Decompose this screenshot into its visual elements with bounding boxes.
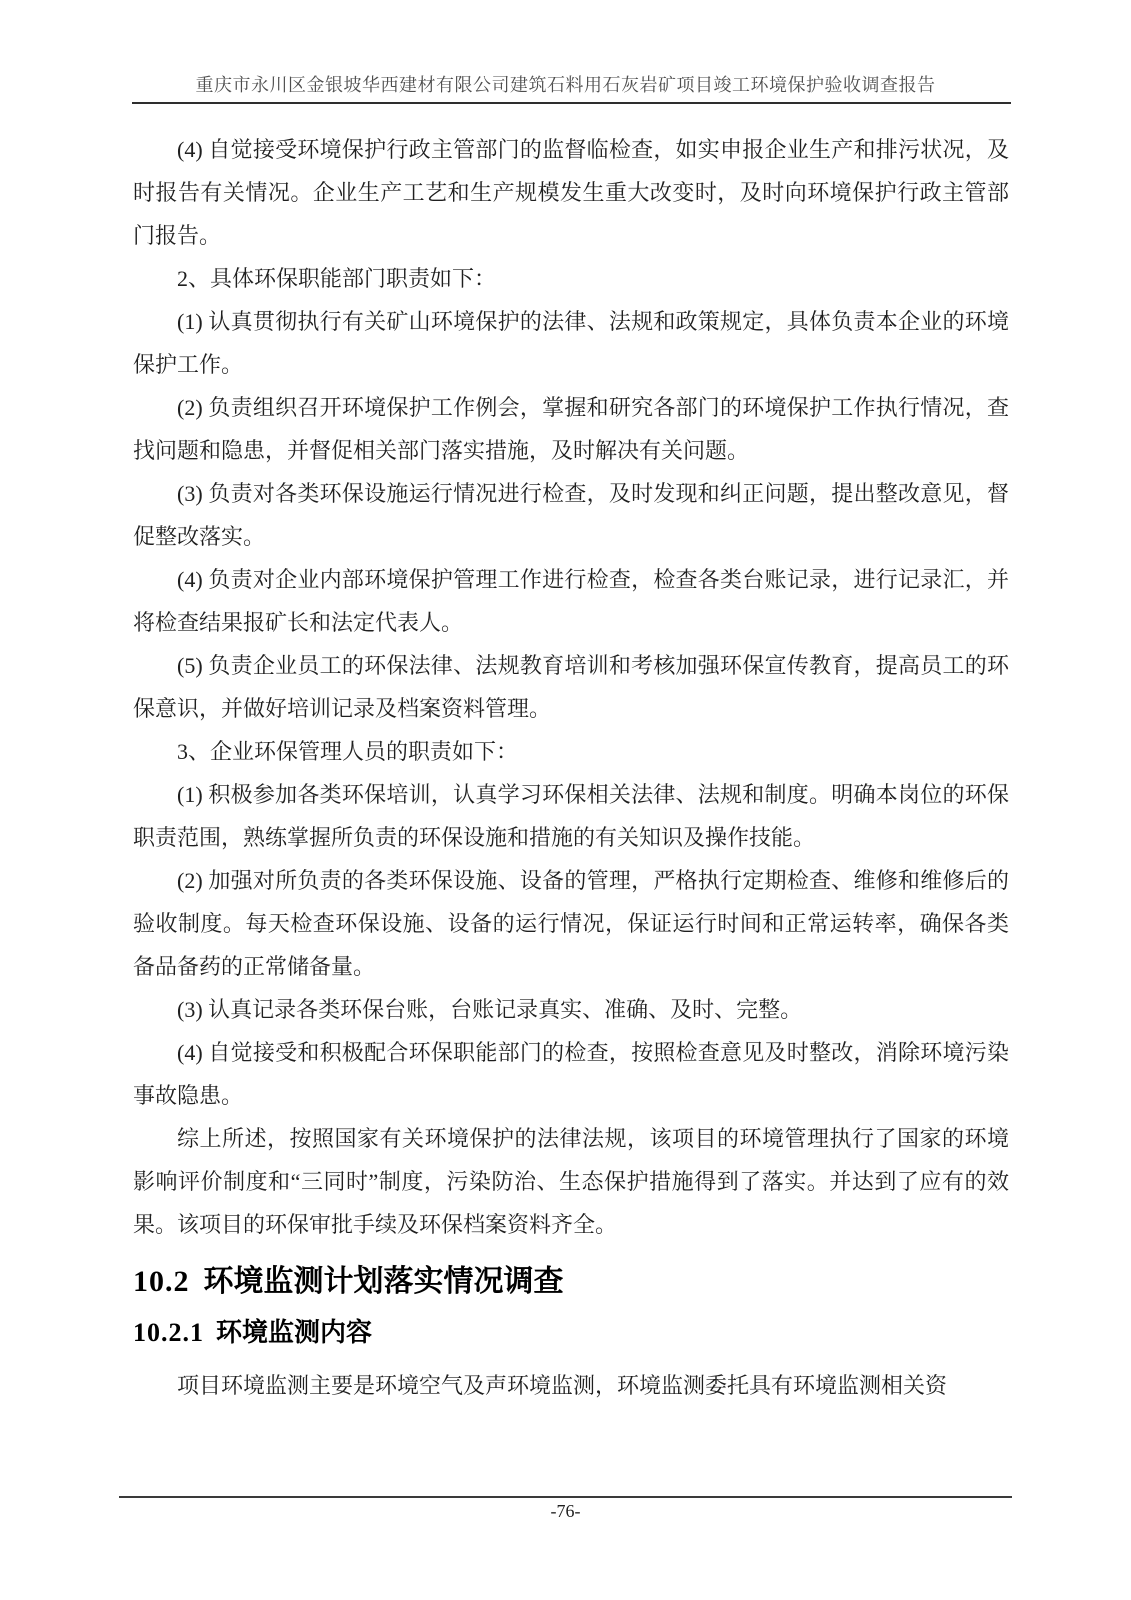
paragraph: (4) 负责对企业内部环境保护管理工作进行检查，检查各类台账记录，进行记录汇，并… bbox=[133, 558, 1009, 644]
paragraph: 项目环境监测主要是环境空气及声环境监测，环境监测委托具有环境监测相关资 bbox=[133, 1364, 1009, 1407]
paragraph: (4) 自觉接受和积极配合环保职能部门的检查，按照检查意见及时整改，消除环境污染… bbox=[133, 1031, 1009, 1117]
page-number: -76- bbox=[0, 1501, 1131, 1522]
section-heading-10-2: 10.2环境监测计划落实情况调查 bbox=[133, 1260, 1009, 1304]
subsection-number: 10.2.1 bbox=[133, 1318, 204, 1347]
section-title: 环境监测计划落实情况调查 bbox=[204, 1265, 564, 1298]
section-number: 10.2 bbox=[133, 1265, 190, 1298]
paragraph: 3、企业环保管理人员的职责如下： bbox=[133, 730, 1009, 773]
paragraph: (2) 加强对所负责的各类环保设施、设备的管理，严格执行定期检查、维修和维修后的… bbox=[133, 859, 1009, 988]
header-divider bbox=[132, 102, 1011, 104]
running-header-title: 重庆市永川区金银坡华西建材有限公司建筑石料用石灰岩矿项目竣工环境保护验收调查报告 bbox=[0, 0, 1131, 96]
document-body: (4) 自觉接受环境保护行政主管部门的监督临检查，如实申报企业生产和排污状况，及… bbox=[133, 128, 1009, 1407]
paragraph: (1) 积极参加各类环保培训，认真学习环保相关法律、法规和制度。明确本岗位的环保… bbox=[133, 773, 1009, 859]
subsection-heading-10-2-1: 10.2.1环境监测内容 bbox=[133, 1314, 1009, 1352]
paragraph: (1) 认真贯彻执行有关矿山环境保护的法律、法规和政策规定，具体负责本企业的环境… bbox=[133, 300, 1009, 386]
paragraph: (2) 负责组织召开环境保护工作例会，掌握和研究各部门的环境保护工作执行情况，查… bbox=[133, 386, 1009, 472]
paragraph: (4) 自觉接受环境保护行政主管部门的监督临检查，如实申报企业生产和排污状况，及… bbox=[133, 128, 1009, 257]
paragraph: (3) 负责对各类环保设施运行情况进行检查，及时发现和纠正问题，提出整改意见，督… bbox=[133, 472, 1009, 558]
document-page: 重庆市永川区金银坡华西建材有限公司建筑石料用石灰岩矿项目竣工环境保护验收调查报告… bbox=[0, 0, 1131, 1600]
paragraph: (3) 认真记录各类环保台账，台账记录真实、准确、及时、完整。 bbox=[133, 988, 1009, 1031]
footer-divider bbox=[119, 1496, 1012, 1498]
paragraph: (5) 负责企业员工的环保法律、法规教育培训和考核加强环保宣传教育，提高员工的环… bbox=[133, 644, 1009, 730]
paragraph: 2、具体环保职能部门职责如下： bbox=[133, 257, 1009, 300]
page-header: 重庆市永川区金银坡华西建材有限公司建筑石料用石灰岩矿项目竣工环境保护验收调查报告 bbox=[0, 0, 1131, 104]
paragraph: 综上所述，按照国家有关环境保护的法律法规，该项目的环境管理执行了国家的环境影响评… bbox=[133, 1117, 1009, 1246]
page-footer: -76- bbox=[0, 1496, 1131, 1600]
subsection-title: 环境监测内容 bbox=[216, 1318, 372, 1347]
